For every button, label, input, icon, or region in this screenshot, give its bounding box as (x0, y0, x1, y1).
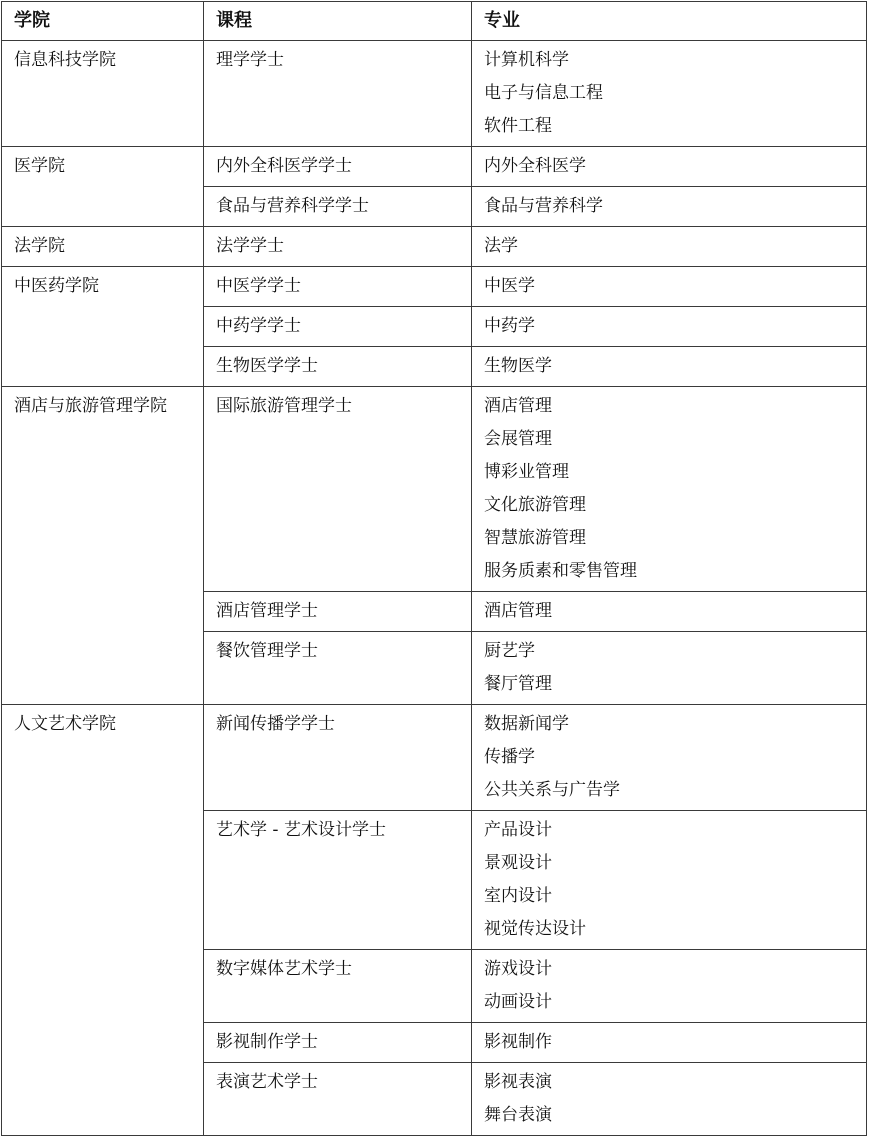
faculty-cell: 医学院 (2, 147, 204, 227)
major-item: 中药学 (484, 310, 854, 343)
major-item: 数据新闻学 (484, 708, 854, 741)
major-cell: 生物医学 (472, 347, 867, 387)
major-cell: 酒店管理 (472, 592, 867, 632)
faculty-cell: 法学院 (2, 227, 204, 267)
major-cell: 厨艺学 餐厅管理 (472, 632, 867, 705)
major-cell: 游戏设计 动画设计 (472, 950, 867, 1023)
major-item: 会展管理 (484, 423, 854, 456)
major-cell: 中药学 (472, 307, 867, 347)
major-item: 博彩业管理 (484, 456, 854, 489)
major-item: 食品与营养科学 (484, 190, 854, 223)
major-item: 室内设计 (484, 880, 854, 913)
course-cell: 酒店管理学士 (204, 592, 472, 632)
major-item: 中医学 (484, 270, 854, 303)
course-cell: 食品与营养科学学士 (204, 187, 472, 227)
course-cell: 国际旅游管理学士 (204, 387, 472, 592)
major-item: 景观设计 (484, 847, 854, 880)
major-cell: 内外全科医学 (472, 147, 867, 187)
course-cell: 生物医学学士 (204, 347, 472, 387)
faculty-cell: 酒店与旅游管理学院 (2, 387, 204, 705)
major-item: 影视制作 (484, 1026, 854, 1059)
major-cell: 食品与营养科学 (472, 187, 867, 227)
header-major: 专业 (472, 2, 867, 41)
table-row: 人文艺术学院 新闻传播学学士 数据新闻学 传播学 公共关系与广告学 (2, 705, 867, 811)
faculty-cell: 信息科技学院 (2, 41, 204, 147)
course-cell: 餐饮管理学士 (204, 632, 472, 705)
table-row: 信息科技学院 理学学士 计算机科学 电子与信息工程 软件工程 (2, 41, 867, 147)
major-item: 内外全科医学 (484, 150, 854, 183)
major-item: 影视表演 (484, 1066, 854, 1099)
major-cell: 数据新闻学 传播学 公共关系与广告学 (472, 705, 867, 811)
major-item: 电子与信息工程 (484, 77, 854, 110)
programs-table: 学院 课程 专业 信息科技学院 理学学士 计算机科学 电子与信息工程 软件工程 … (1, 1, 867, 1121)
course-cell: 中医学学士 (204, 267, 472, 307)
major-cell: 酒店管理 会展管理 博彩业管理 文化旅游管理 智慧旅游管理 服务质素和零售管理 (472, 387, 867, 592)
major-cell: 中医学 (472, 267, 867, 307)
major-cell: 法学 (472, 227, 867, 267)
faculty-cell: 中医药学院 (2, 267, 204, 387)
major-cell: 影视表演 舞台表演 (472, 1063, 867, 1122)
course-cell: 内外全科医学学士 (204, 147, 472, 187)
major-item: 软件工程 (484, 110, 854, 143)
major-item: 视觉传达设计 (484, 913, 854, 946)
major-item: 文化旅游管理 (484, 489, 854, 522)
major-item: 服务质素和零售管理 (484, 555, 854, 588)
major-item: 游戏设计 (484, 953, 854, 986)
table-row: 中医药学院 中医学学士 中医学 (2, 267, 867, 307)
major-item: 舞台表演 (484, 1099, 854, 1121)
major-item: 动画设计 (484, 986, 854, 1019)
header-faculty: 学院 (2, 2, 204, 41)
course-cell: 数字媒体艺术学士 (204, 950, 472, 1023)
table-row: 法学院 法学学士 法学 (2, 227, 867, 267)
major-cell: 产品设计 景观设计 室内设计 视觉传达设计 (472, 811, 867, 950)
major-item: 餐厅管理 (484, 668, 854, 701)
table-row: 酒店与旅游管理学院 国际旅游管理学士 酒店管理 会展管理 博彩业管理 文化旅游管… (2, 387, 867, 592)
major-cell: 计算机科学 电子与信息工程 软件工程 (472, 41, 867, 147)
course-cell: 表演艺术学士 (204, 1063, 472, 1122)
major-item: 产品设计 (484, 814, 854, 847)
course-cell: 法学学士 (204, 227, 472, 267)
major-cell: 影视制作 (472, 1023, 867, 1063)
major-item: 酒店管理 (484, 595, 854, 628)
major-item: 公共关系与广告学 (484, 774, 854, 807)
course-cell: 新闻传播学学士 (204, 705, 472, 811)
faculty-cell: 人文艺术学院 (2, 705, 204, 1122)
table-row: 医学院 内外全科医学学士 内外全科医学 (2, 147, 867, 187)
major-item: 智慧旅游管理 (484, 522, 854, 555)
major-item: 酒店管理 (484, 390, 854, 423)
course-cell: 影视制作学士 (204, 1023, 472, 1063)
major-item: 生物医学 (484, 350, 854, 383)
course-cell: 艺术学 - 艺术设计学士 (204, 811, 472, 950)
course-cell: 中药学学士 (204, 307, 472, 347)
major-item: 法学 (484, 230, 854, 263)
major-item: 传播学 (484, 741, 854, 774)
major-item: 厨艺学 (484, 635, 854, 668)
header-row: 学院 课程 专业 (2, 2, 867, 41)
header-course: 课程 (204, 2, 472, 41)
course-cell: 理学学士 (204, 41, 472, 147)
major-item: 计算机科学 (484, 44, 854, 77)
